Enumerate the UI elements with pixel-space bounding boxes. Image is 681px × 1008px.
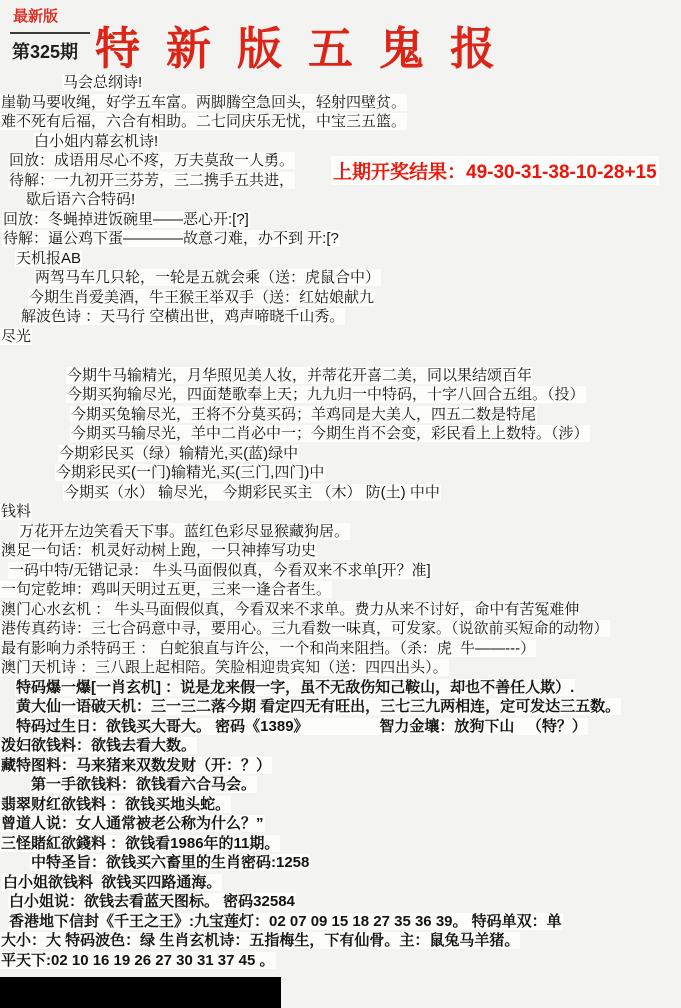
text-line: 澳门天机诗 ：三八跟上起相陪。笑脸相迎贵宾知（送：四四出头）。 xyxy=(0,658,681,678)
text-line: 一码中特/无错记录： 牛头马面假似真，今看双来不求单[开？准] xyxy=(0,561,681,581)
text-line: 今期买（水） 输尽光， 今期彩民买主 （木） 防(土) 中中 xyxy=(0,483,681,503)
text-line: 今期彩民买（绿）输精光,买(蓝)绿中 xyxy=(0,444,681,464)
text-line: 特码过生日：欲钱买大哥大。 密码《1389》 智力金壤：放狗下山 （特？） xyxy=(0,717,681,737)
text-line: 天机报AB xyxy=(0,249,681,269)
text-line: 香港地下信封《千王之王》:九宝莲灯：02 07 09 15 18 27 35 3… xyxy=(0,912,681,932)
text-line: 解波色诗 ：天马行 空横出世，鸡声啼晓千山秀。 xyxy=(0,307,681,327)
page-root: 最新版 第325期 特新版五鬼报 上期开奖结果：49-30-31-38-10-2… xyxy=(0,0,681,1008)
text-line: 澳门心水玄机 ： 牛头马面假似真，今看双来不求单。费力从来不讨好，命中有苦冤难伸 xyxy=(0,600,681,620)
page-title: 特新版五鬼报 xyxy=(95,12,521,77)
edition-badge: 最新版 xyxy=(13,5,58,26)
text-line: 港传真药诗：三七合码意中寻，要用心。三九看数一味真，可发家。（说欲前买短命的动物… xyxy=(0,619,681,639)
text-line: 回放：成语用尽心不疼，万夫莫敌一人勇。 xyxy=(0,151,681,171)
text-line: 一句定乾坤：鸡叫天明过五更，三来一逢合者生。 xyxy=(0,580,681,600)
text-line: 最有影响力杀特码王 ： 白蛇狼直与许公，一个和尚来阻挡。（杀：虎 牛——---） xyxy=(0,639,681,659)
text-line: 平天下:02 10 16 19 26 27 30 31 37 45 。 xyxy=(0,951,681,971)
text-line: 今期生肖爱美酒，牛王猴王举双手（送：红姑娘献九 xyxy=(0,288,681,308)
text-line: 三怪賭紅欲錢料 ：欲钱看1986年的11期。 xyxy=(0,834,681,854)
text-line: 澳足一句话：机灵好动树上跑，一只神捧写功史 xyxy=(0,541,681,561)
text-line: 翡翠财红欲钱料 ：欲钱买地头蛇。 xyxy=(0,795,681,815)
text-line: 今期牛马输精光，月华照见美人妆，并蒂花开喜二美，同以果结颂百年 xyxy=(0,366,681,386)
text-line: 崖勒马要收绳，好学五车富。两脚腾空急回头，轻射四壁贫。 xyxy=(0,93,681,113)
text-line: 藏特图料：马来猪来双数发财（开：？） xyxy=(0,756,681,776)
text-line: 回放：冬蝇掉进饭碗里——恶心开:[?] xyxy=(0,210,681,230)
text-line: 今期买兔输尽光，王将不分莫买码；羊鸡同是大美人，四五二数是特尾 xyxy=(0,405,681,425)
text-line: 尽光 xyxy=(0,327,681,347)
text-line: 今期买马输尽光，羊中二肖必中一；今期生肖不会变，彩民看上上数特。（涉） xyxy=(0,424,681,444)
text-line: 白小姐欲钱料 欲钱买四路通海。 xyxy=(0,873,681,893)
text-line: 难不死有后福，六合有相助。二七同庆乐无忧，中宝三五篮。 xyxy=(0,112,681,132)
body-lines: 马会总纲诗!崖勒马要收绳，好学五车富。两脚腾空急回头，轻射四壁贫。难不死有后福，… xyxy=(0,73,681,970)
text-line: 泼妇欲钱料：欲钱去看大数。 xyxy=(0,736,681,756)
issue-number: 第325期 xyxy=(12,38,78,64)
text-line: 待解：逼公鸡下蛋————故意刁难，办不到 开:[? xyxy=(0,229,681,249)
text-line: 今期彩民买(一门)输精光,买(三门,四门)中 xyxy=(0,463,681,483)
text-line: 曾道人说：女人通常被老公称为什么？” xyxy=(0,814,681,834)
header-underline xyxy=(10,32,90,34)
text-line: 黄大仙一语破天机：三一三二落今期 看定四无有旺出，三七三九两相连，定可发达三五数… xyxy=(0,697,681,717)
text-line: 钱料 xyxy=(0,502,681,522)
text-line: 万花开左边笑看天下事。蓝红色彩尽显猴藏狗居。 xyxy=(0,522,681,542)
text-line: 歇后语六合特码! xyxy=(0,190,681,210)
text-line: 特码爆一爆[一肖玄机] ：说是龙来假一字，虽不无敌伤知己鞍山，却也不善任人欺）. xyxy=(0,678,681,698)
text-line: 今期买狗输尽光，四面楚歌奉上天；九九归一中特码，十字八回合五组。（投） xyxy=(0,385,681,405)
text-line: 白小姐内幕玄机诗! xyxy=(0,132,681,152)
text-line: 待解：一九初开三芬芳，三二携手五共进， xyxy=(0,171,681,191)
text-line: 马会总纲诗! xyxy=(0,73,681,93)
text-line: 白小姐说：欲钱去看蓝天图标。 密码32584 xyxy=(0,892,681,912)
text-line: 大小：大 特码波色：绿 生肖玄机诗：五指梅生，下有仙骨。主：鼠兔马羊猪。 xyxy=(0,931,681,951)
bottom-black-bar xyxy=(0,977,281,1008)
text-line: 两驾马车几只轮，一轮是五就会乘（送：虎鼠合中） xyxy=(0,268,681,288)
text-line: 中特圣旨：欲钱买六畜里的生肖密码:1258 xyxy=(0,853,681,873)
text-line: 第一手欲钱料：欲钱看六合马会。 xyxy=(0,775,681,795)
text-line xyxy=(0,346,681,366)
